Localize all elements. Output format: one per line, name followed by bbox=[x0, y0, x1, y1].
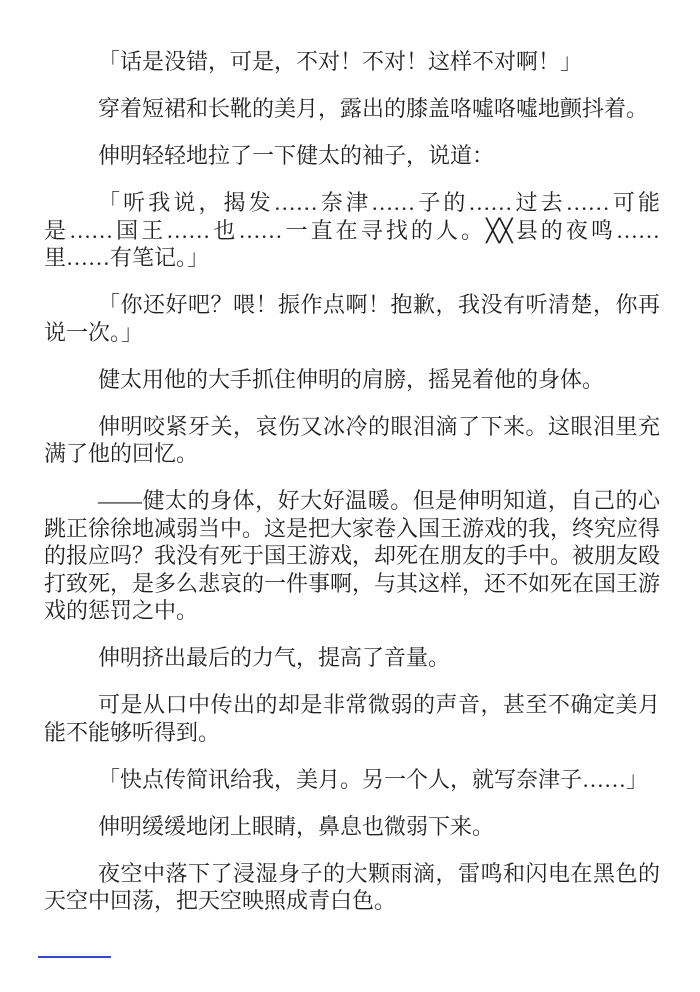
paragraph: 伸明咬紧牙关，哀伤又冰冷的眼泪滴了下来。这眼泪里充满了他的回忆。 bbox=[44, 413, 660, 468]
paragraph: 伸明轻轻地拉了一下健太的袖子，说道： bbox=[44, 142, 660, 170]
novel-page: 「话是没错，可是，不对！不对！这样不对啊！」 穿着短裙和长靴的美月，露出的膝盖咯… bbox=[0, 0, 700, 992]
paragraph: 伸明缓缓地闭上眼睛，鼻息也微弱下来。 bbox=[44, 813, 660, 841]
footer-divider bbox=[38, 956, 111, 958]
paragraph: ——健太的身体，好大好温暖。但是伸明知道，自己的心跳正徐徐地减弱当中。这是把大家… bbox=[44, 487, 660, 625]
paragraph: 穿着短裙和长靴的美月，露出的膝盖咯噓咯噓地颤抖着。 bbox=[44, 95, 660, 123]
paragraph: 「听我说，揭发……奈津……子的……过去……可能是……国王……也……一直在寻找的人… bbox=[44, 189, 660, 272]
paragraph: 健太用他的大手抓住伸明的肩膀，摇晃着他的身体。 bbox=[44, 366, 660, 394]
paragraph: 「快点传简讯给我，美月。另一个人，就写奈津子……」 bbox=[44, 766, 660, 794]
paragraph: 伸明挤出最后的力气，提高了音量。 bbox=[44, 644, 660, 672]
paragraph: 「话是没错，可是，不对！不对！这样不对啊！」 bbox=[44, 48, 660, 76]
paragraph: 夜空中落下了浸湿身子的大颗雨滴，雷鸣和闪电在黑色的天空中回荡，把天空映照成青白色… bbox=[44, 860, 660, 915]
novel-text-block: 「话是没错，可是，不对！不对！这样不对啊！」 穿着短裙和长靴的美月，露出的膝盖咯… bbox=[44, 48, 660, 915]
paragraph: 可是从口中传出的却是非常微弱的声音，甚至不确定美月能不能够听得到。 bbox=[44, 691, 660, 746]
paragraph: 「你还好吧？喂！振作点啊！抱歉，我没有听清楚，你再说一次。」 bbox=[44, 291, 660, 346]
